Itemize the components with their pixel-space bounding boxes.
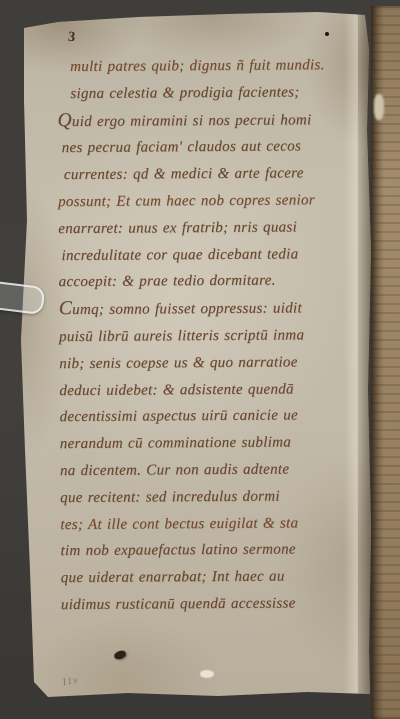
manuscript-line: uidimus rusticanū quendā accessisse (59, 590, 375, 619)
manuscript-line: que recitent: sed incredulus dormi (58, 483, 374, 512)
parchment-page: multi patres quib; dignus ñ fuit mundis.… (18, 10, 372, 700)
fore-edge-chip (374, 94, 384, 120)
manuscript-text-block: multi patres quib; dignus ñ fuit mundis.… (55, 52, 375, 619)
manuscript-line: multi patres quib; dignus ñ fuit mundis. (55, 52, 371, 81)
manuscript-line: currentes: qd & medici & arte facere (56, 160, 372, 189)
manuscript-line: Cumq; somno fuisset oppressus: uidit (57, 294, 373, 324)
manuscript-line: nes pecrua faciam' claudos aut cecos (56, 133, 372, 162)
quire-mark: 3 (67, 30, 76, 47)
manuscript-line: incredulitate cor quae dicebant tedia (56, 240, 372, 269)
manuscript-line: Quid ergo miramini si nos pecrui homi (55, 105, 371, 135)
manuscript-line: na dicentem. Cur non audis adtente (58, 456, 374, 485)
facing-page-fore-edge (371, 6, 400, 719)
manuscript-line: que uiderat enarrabat; Int haec au (59, 563, 375, 592)
manuscript-line: signa celestia & prodigia facientes; (55, 79, 371, 108)
manuscript-line: deduci uidebet: & adsistente quendā (57, 375, 373, 404)
manuscript-line: nib; senis coepse us & quo narratioe (57, 349, 373, 378)
manuscript-line: possunt; Et cum haec nob copres senior (56, 187, 372, 216)
manuscript-line: puisū librū aureis litteris scriptū inma (57, 322, 373, 351)
manuscript-line: accoepit: & prae tedio dormitare. (57, 267, 373, 296)
manuscript-line: tim nob expauefactus latino sermone (58, 536, 374, 565)
ink-dot (325, 32, 329, 36)
manuscript-line: tes; At ille cont bectus euigilat & sta (58, 509, 374, 538)
folio-number-pencil: 11v (61, 675, 79, 689)
manuscript-line: decentissimi aspectus uirū canicie ue (57, 402, 373, 431)
manuscript-line: nerandum cū comminatione sublima (58, 429, 374, 458)
manuscript-line: enarraret: unus ex fratrib; nris quasi (56, 214, 372, 243)
manuscript-photo: multi patres quib; dignus ñ fuit mundis.… (0, 0, 400, 719)
ink-blot (113, 650, 126, 660)
paper-fleck (200, 670, 214, 678)
